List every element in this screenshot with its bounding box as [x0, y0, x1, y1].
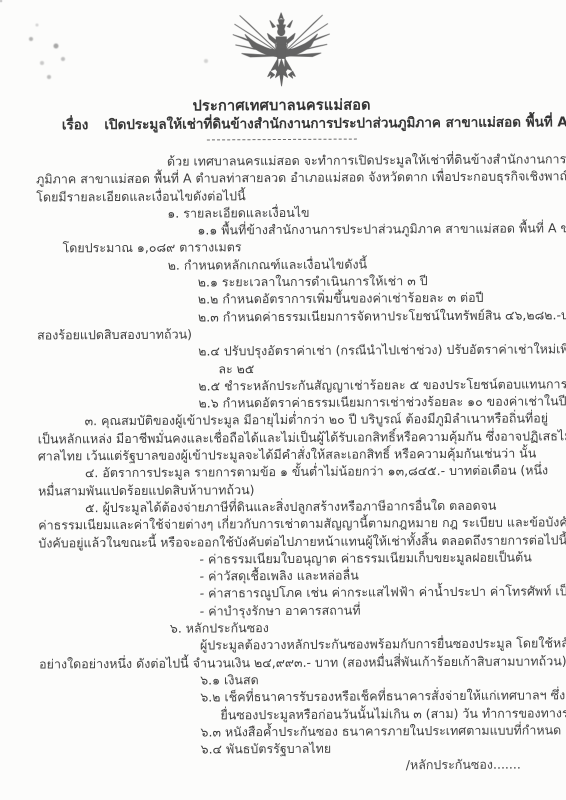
garuda-emblem-icon [0, 10, 565, 99]
doc-line: อย่างใดอย่างหนึ่ง ดังต่อไปนี้ จำนวนเงิน … [39, 652, 550, 672]
page-continuation-note: /หลักประกันซอง....... [406, 755, 521, 776]
doc-line: ภูมิภาค สาขาแม่สอด พื้นที่ A ตำบลท่าสายล… [36, 168, 547, 188]
doc-line: - ค่าสาธารณูปโภค เช่น ค่ากระแสไฟฟ้า ค่าน… [39, 583, 550, 603]
document-content: ประกาศเทศบาลนครแม่สอด เรื่องเปิดประมูลให… [0, 0, 566, 800]
subject-line: เรื่องเปิดประมูลให้เช่าที่ดินข้างสำนักงา… [62, 110, 545, 135]
document-body: ด้วย เทศบาลนครแม่สอด จะทำการเปิดประมูลให… [36, 150, 551, 759]
doc-line: ๒.๓ กำหนดค่าธรรมเนียมการจัดหาประโยชน์ในท… [37, 306, 548, 326]
doc-line: ๔. อัตราการประมูล รายการตามข้อ ๑ ขั้นต่ำ… [38, 462, 549, 482]
subject-label: เรื่อง [62, 117, 89, 133]
doc-line: ๒.๔ ปรับปรุงอัตราค่าเช่า (กรณีนำไปเช่าช่… [37, 341, 548, 361]
doc-line: - ค่าธรรมเนียมใบอนุญาต ค่าธรรมเนียมเก็บข… [38, 548, 549, 568]
subject-text: เปิดประมูลให้เช่าที่ดินข้างสำนักงานการปร… [104, 114, 566, 133]
dashed-separator [207, 139, 357, 141]
scanned-document-page: ประกาศเทศบาลนครแม่สอด เรื่องเปิดประมูลให… [0, 0, 566, 800]
doc-line: ๖.๓ หนังสือค้ำประกันซอง ธนาคารภายในประเท… [39, 721, 550, 741]
